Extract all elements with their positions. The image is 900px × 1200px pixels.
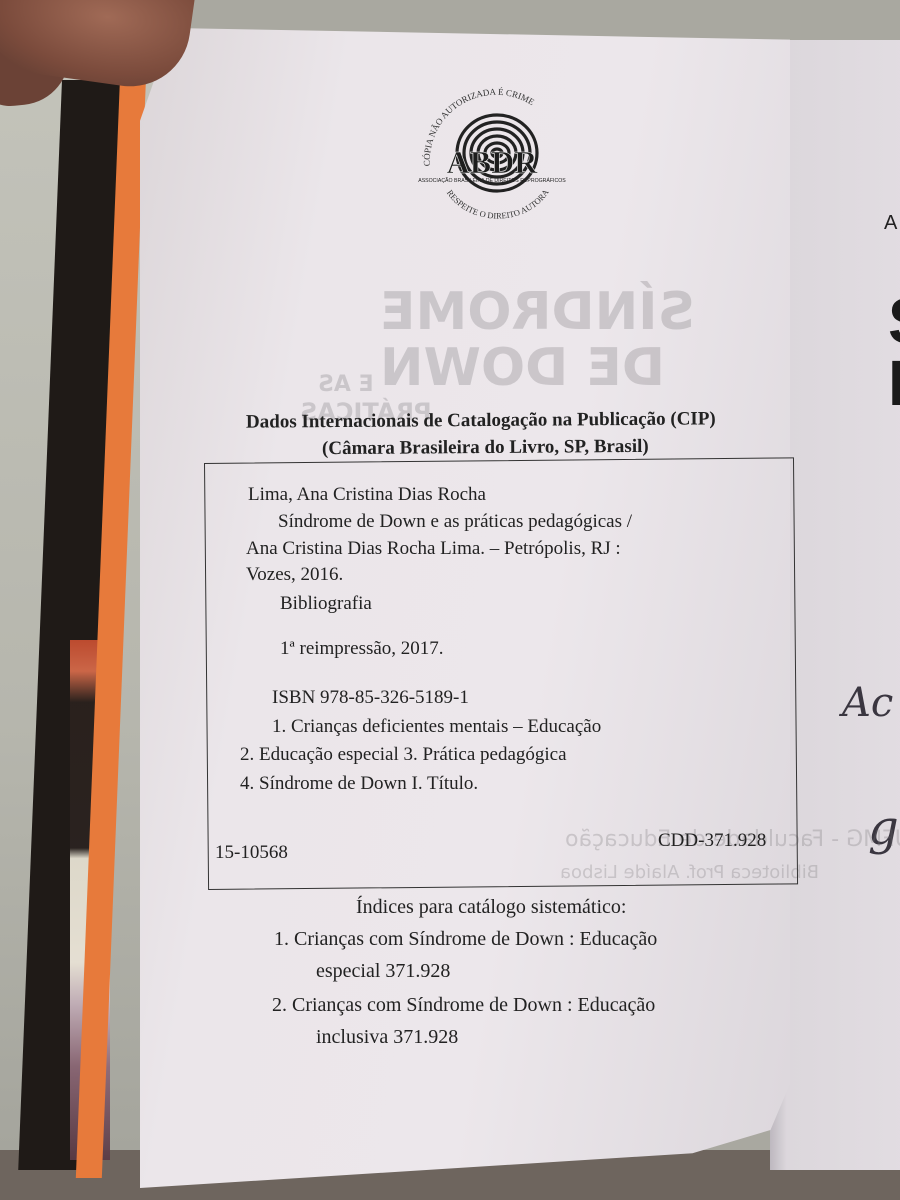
svg-text:ABDR: ABDR <box>447 144 539 180</box>
svg-text:ASSOCIAÇÃO BRASILEIRA DE DIREI: ASSOCIAÇÃO BRASILEIRA DE DIREITOS REPROG… <box>418 177 566 184</box>
cip-reprint: 1ª reimpressão, 2017. <box>280 638 444 660</box>
right-page-big-letters: SI <box>888 290 900 414</box>
handwriting-signature: Ac <box>842 680 893 726</box>
index-title: Índices para catálogo sistemático: <box>356 896 626 919</box>
cip-bibliography: Bibliografia <box>280 593 372 615</box>
cip-subjects-1: 1. Crianças deficientes mentais – Educaç… <box>272 716 601 738</box>
cip-subtitle: (Câmara Brasileira do Livro, SP, Brasil) <box>322 436 649 460</box>
bleed-through-title-3: E AS <box>318 372 374 397</box>
abdr-logo: CÓPIA NÃO AUTORIZADA É CRIME ABDR ASSOCI… <box>392 78 592 228</box>
cip-publisher: Vozes, 2016. <box>246 564 343 586</box>
bleed-through-title-1: SÍNDROME <box>380 282 695 342</box>
cip-author: Lima, Ana Cristina Dias Rocha <box>248 484 486 506</box>
index-entry-2-line1: 2. Crianças com Síndrome de Down : Educa… <box>272 994 655 1017</box>
cip-title: Dados Internacionais de Catalogação na P… <box>246 408 716 433</box>
index-entry-2-line2: inclusiva 371.928 <box>316 1026 458 1049</box>
cip-control-number: 15-10568 <box>215 842 288 864</box>
index-entry-1-line1: 1. Crianças com Síndrome de Down : Educa… <box>274 928 657 951</box>
cip-title-line: Síndrome de Down e as práticas pedagógic… <box>278 511 632 533</box>
cip-cdd: CDD-371.928 <box>658 830 766 852</box>
index-entry-1-line2: especial 371.928 <box>316 960 450 983</box>
cip-subjects-2: 2. Educação especial 3. Prática pedagógi… <box>240 744 567 766</box>
bleed-through-title-2: DE DOWN <box>380 338 665 398</box>
fingerprint-icon: CÓPIA NÃO AUTORIZADA É CRIME ABDR ASSOCI… <box>392 78 592 228</box>
cip-responsibility: Ana Cristina Dias Rocha Lima. – Petrópol… <box>246 538 621 560</box>
right-page-letter: A <box>884 212 897 235</box>
cip-subjects-3: 4. Síndrome de Down I. Título. <box>240 773 478 795</box>
cip-isbn: ISBN 978-85-326-5189-1 <box>272 687 469 709</box>
